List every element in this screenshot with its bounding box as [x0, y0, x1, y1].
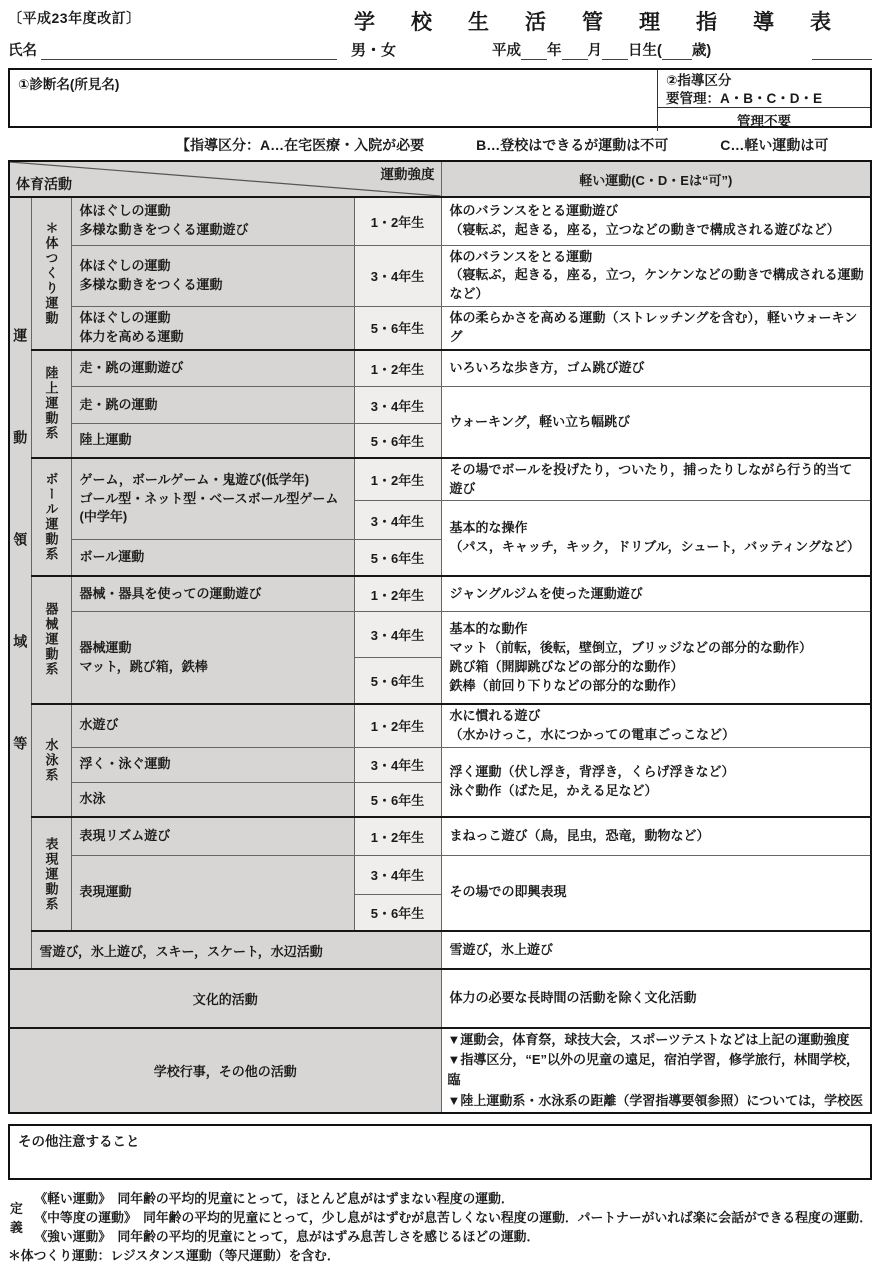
activity-cell: 水遊び [71, 704, 354, 747]
light-exercise-cell: 基本的な動作 マット（前転，後転，壁倒立，ブリッジなどの部分的な動作） 跳び箱（… [441, 612, 871, 704]
grade-cell: 5・6年生 [354, 894, 441, 931]
grade-cell: 5・6年生 [354, 540, 441, 576]
activity-cell: 体ほぐしの運動 体力を高める運動 [71, 307, 354, 350]
diagnosis-field[interactable]: ①診断名(所見名) [10, 70, 658, 131]
guidance-label: ②指導区分 [666, 72, 862, 90]
category-cell: 器械運動系 [31, 576, 71, 704]
grade-cell: 5・6年生 [354, 424, 441, 458]
other-notes-field[interactable]: その他注意すること [8, 1124, 872, 1180]
school-events-cell: 学校行事，その他の活動 [9, 1028, 441, 1113]
cultural-activity-cell: 文化的活動 [9, 969, 441, 1028]
day-suffix: 日生( [628, 39, 662, 60]
grade-cell: 1・2年生 [354, 458, 441, 501]
activity-cell: 浮く・泳ぐ運動 [71, 747, 354, 782]
light-exercise-cell: その場でボールを投げたり，ついたり，捕ったりしながら行う的当て遊び [441, 458, 871, 501]
grade-cell: 3・4年生 [354, 855, 441, 894]
school-events-notes: ▼運動会，体育祭，球技大会，スポーツテストなどは上記の運動強度 ▼指導区分，“E… [441, 1028, 871, 1113]
light-exercise-cell: ジャングルジムを使った運動遊び [441, 576, 871, 612]
activity-cell: 表現運動 [71, 855, 354, 931]
definition-strong: 《強い運動》 同年齢の平均的児童にとって，息がはずみ息苦しさを感じるほどの運動． [34, 1227, 872, 1246]
legend-b: B…登校はできるが運動は不可 [476, 135, 668, 155]
birthdate-group: 平成 年 月 日生( 歳) [492, 39, 711, 60]
light-exercise-cell: 雪遊び，氷上遊び [441, 931, 871, 969]
name-label: 氏名 [8, 39, 37, 60]
activity-cell: 水泳 [71, 782, 354, 817]
definition-moderate: 《中等度の運動》 同年齢の平均的児童にとって，少し息がはずむが息苦しくない程度の… [34, 1208, 872, 1227]
light-exercise-cell: 体力の必要な長時間の活動を除く文化活動 [441, 969, 871, 1028]
activity-table: 運動強度 体育活動 軽い運動(C・D・Eは“可”) 運動領域等 ＊体つくり運動 … [8, 160, 872, 1114]
grade-cell: 1・2年生 [354, 704, 441, 747]
light-exercise-cell: まねっこ遊び（鳥，昆虫，恐竜，動物など） [441, 817, 871, 855]
activity-cell: ボール運動 [71, 540, 354, 576]
guidance-top: ②指導区分 要管理：A・B・C・D・E [658, 70, 870, 107]
light-exercise-header: 軽い運動(C・D・Eは“可”) [441, 161, 871, 197]
light-exercise-cell: 体のバランスをとる運動 （寝転ぶ，起きる，座る，立つ，ケンケンなどの動きで構成さ… [441, 245, 871, 307]
diagnosis-box: ①診断名(所見名) ②指導区分 要管理：A・B・C・D・E 管理不要 [8, 68, 872, 128]
activity-cell: 体ほぐしの運動 多様な動きをつくる運動 [71, 245, 354, 307]
activity-cell: 器械運動 マット，跳び箱，鉄棒 [71, 612, 354, 704]
light-exercise-cell: その場での即興表現 [441, 855, 871, 931]
grade-cell: 3・4年生 [354, 245, 441, 307]
activity-cell: 体ほぐしの運動 多様な動きをつくる運動遊び [71, 197, 354, 245]
diagonal-line [10, 162, 441, 196]
grade-cell: 1・2年生 [354, 197, 441, 245]
light-exercise-cell: 体の柔らかさを高める運動（ストレッチングを含む），軽いウォーキング [441, 307, 871, 350]
grade-cell: 1・2年生 [354, 817, 441, 855]
snow-activity-cell: 雪遊び，氷上遊び，スキー，スケート，水辺活動 [31, 931, 441, 969]
birth-year-field[interactable] [521, 42, 547, 60]
era-label: 平成 [492, 39, 521, 60]
activity-cell: 走・跳の運動 [71, 387, 354, 424]
category-cell: 水泳系 [31, 704, 71, 817]
category-cell: 表現運動系 [31, 817, 71, 931]
definitions-block: 定義 《軽い運動》 同年齢の平均的児童にとって，ほとんど息がはずまない程度の運動… [8, 1189, 872, 1247]
revision-note: 〔平成23年度改訂〕 [8, 8, 141, 28]
grade-cell: 3・4年生 [354, 747, 441, 782]
month-suffix: 月 [588, 39, 603, 60]
activity-cell: 表現リズム遊び [71, 817, 354, 855]
light-exercise-cell: 基本的な操作 （パス，キャッチ，キック，ドリブル，シュート，バッティングなど） [441, 501, 871, 576]
year-suffix: 年 [547, 39, 562, 60]
name-field[interactable] [41, 42, 337, 60]
light-exercise-cell: いろいろな歩き方，ゴム跳び遊び [441, 350, 871, 387]
guidance-management-options[interactable]: 要管理：A・B・C・D・E [666, 90, 862, 108]
age-field[interactable] [662, 42, 692, 60]
definitions-label: 定義 [8, 1189, 34, 1247]
grade-cell: 3・4年生 [354, 387, 441, 424]
sex-options[interactable]: 男・女 [351, 39, 396, 60]
activity-cell: 器械・器具を使っての運動遊び [71, 576, 354, 612]
light-exercise-cell: 浮く運動（伏し浮き，背浮き，くらげ浮きなど） 泳ぐ動作（ばた足，かえる足など） [441, 747, 871, 817]
birth-month-field[interactable] [562, 42, 588, 60]
light-exercise-cell: 水に慣れる遊び （水かけっこ，水につかっての電車ごっこなど） [441, 704, 871, 747]
activity-cell: 陸上運動 [71, 424, 354, 458]
grade-cell: 3・4年生 [354, 612, 441, 658]
category-cell: ボール運動系 [31, 458, 71, 576]
birth-day-field[interactable] [602, 42, 628, 60]
activity-cell: ゲーム，ボールゲーム・鬼遊び(低学年) ゴール型・ネット型・ベースボール型ゲーム… [71, 458, 354, 540]
pe-activity-header: 体育活動 [16, 174, 72, 194]
guidance-classification: ②指導区分 要管理：A・B・C・D・E 管理不要 [658, 70, 870, 131]
activity-cell: 走・跳の運動遊び [71, 350, 354, 387]
light-exercise-cell: 体のバランスをとる運動遊び （寝転ぶ，起きる，座る，立つなどの動きで構成される遊… [441, 197, 871, 245]
legend-a: 【指導区分：A…在宅医療・入院が必要 [176, 135, 424, 155]
definitions-lines: 《軽い運動》 同年齢の平均的児童にとって，ほとんど息がはずまない程度の運動． 《… [34, 1189, 872, 1247]
grade-cell: 1・2年生 [354, 576, 441, 612]
classification-legend: 【指導区分：A…在宅医療・入院が必要 B…登校はできるが運動は不可 C…軽い運動… [176, 135, 872, 155]
grade-cell: 5・6年生 [354, 658, 441, 704]
grade-cell: 3・4年生 [354, 501, 441, 540]
category-cell: ＊体つくり運動 [31, 197, 71, 350]
legend-c: C…軽い運動は可 [720, 135, 828, 155]
exercise-intensity-header: 運動強度 [381, 163, 435, 183]
name-row: 氏名 男・女 平成 年 月 日生( 歳) [8, 34, 872, 60]
page-title: 学校生活管理指導表 [354, 6, 867, 36]
definition-light: 《軽い運動》 同年齢の平均的児童にとって，ほとんど息がはずまない程度の運動． [34, 1189, 872, 1208]
extra-blank-field[interactable] [812, 42, 872, 60]
grade-cell: 5・6年生 [354, 307, 441, 350]
category-cell: 陸上運動系 [31, 350, 71, 458]
karadatsukuri-footnote: ＊体つくり運動：レジスタンス運動（等尺運動）を含む． [8, 1246, 872, 1265]
document-header: 〔平成23年度改訂〕 学校生活管理指導表 [8, 6, 872, 32]
light-exercise-cell: ウォーキング，軽い立ち幅跳び [441, 387, 871, 458]
table-corner-header: 運動強度 体育活動 [9, 161, 441, 197]
grade-cell: 1・2年生 [354, 350, 441, 387]
area-label-cell: 運動領域等 [9, 197, 31, 969]
age-suffix: 歳) [692, 39, 711, 60]
grade-cell: 5・6年生 [354, 782, 441, 817]
no-management-option[interactable]: 管理不要 [658, 107, 870, 131]
